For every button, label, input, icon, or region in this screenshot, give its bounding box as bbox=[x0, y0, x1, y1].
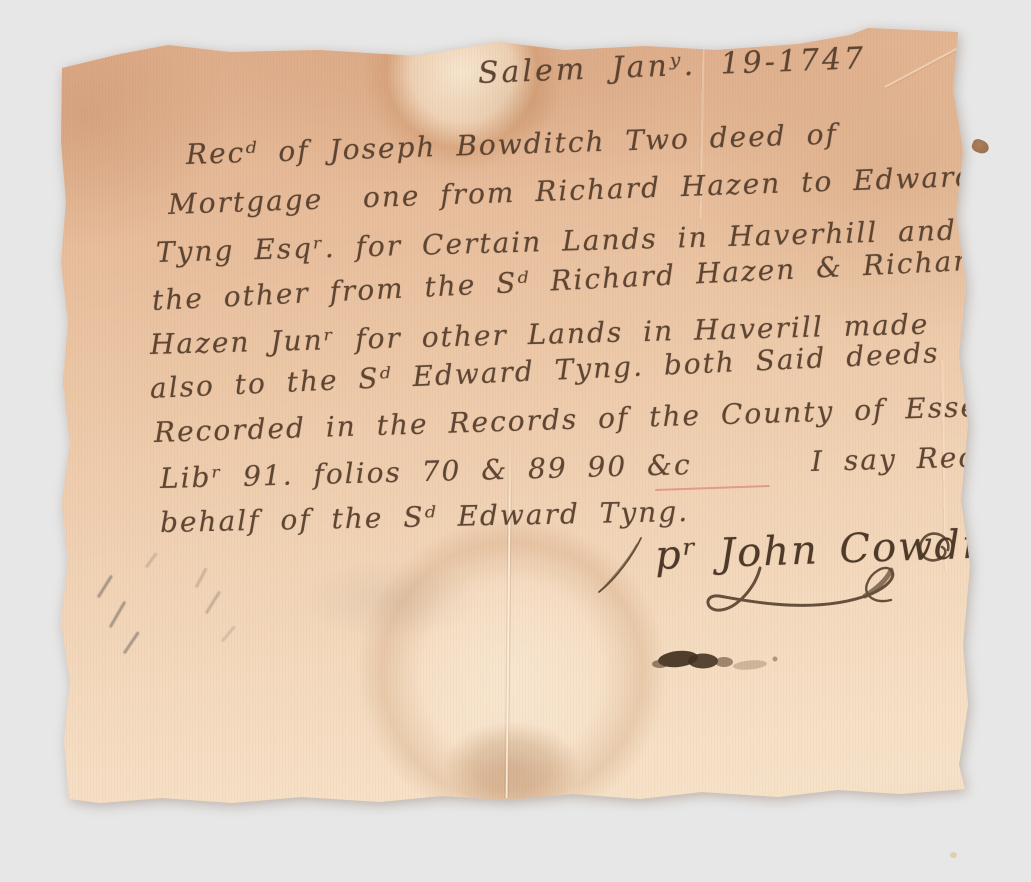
dateline: Salem Janʸ. 19-1747 bbox=[477, 41, 866, 91]
bleed-through-mark bbox=[97, 575, 113, 599]
bleed-through-mark bbox=[123, 631, 140, 654]
handwritten-line: Libʳ 91. folios 70 & 89 90 &c I say Recᵈ… bbox=[160, 439, 1031, 495]
manuscript-paper: Salem Janʸ. 19-1747 Recᵈ of Joseph Bowdi… bbox=[0, 0, 1031, 882]
red-pencil-line bbox=[655, 485, 770, 491]
handwritten-line: Mortgage one from Richard Hazen to Edwar… bbox=[167, 160, 976, 221]
ink-blot bbox=[648, 644, 798, 680]
bleed-through-mark bbox=[205, 591, 221, 615]
bleed-through-mark bbox=[109, 601, 127, 628]
bleed-through-mark bbox=[195, 567, 208, 588]
bleed-through-mark bbox=[145, 552, 158, 568]
fold-crease-center bbox=[504, 432, 513, 798]
paper-speck bbox=[950, 852, 957, 858]
handwritten-line: Recᵈ of Joseph Bowditch Two deed of bbox=[185, 118, 838, 171]
paper-shadow-wrapper: Salem Janʸ. 19-1747 Recᵈ of Joseph Bowdi… bbox=[0, 0, 1031, 882]
screenshot-root: Salem Janʸ. 19-1747 Recᵈ of Joseph Bowdi… bbox=[0, 0, 1031, 882]
bleed-through-mark bbox=[221, 625, 236, 642]
wrinkle-top-right bbox=[885, 46, 961, 88]
ink-bleed-through-smudge bbox=[300, 560, 480, 640]
